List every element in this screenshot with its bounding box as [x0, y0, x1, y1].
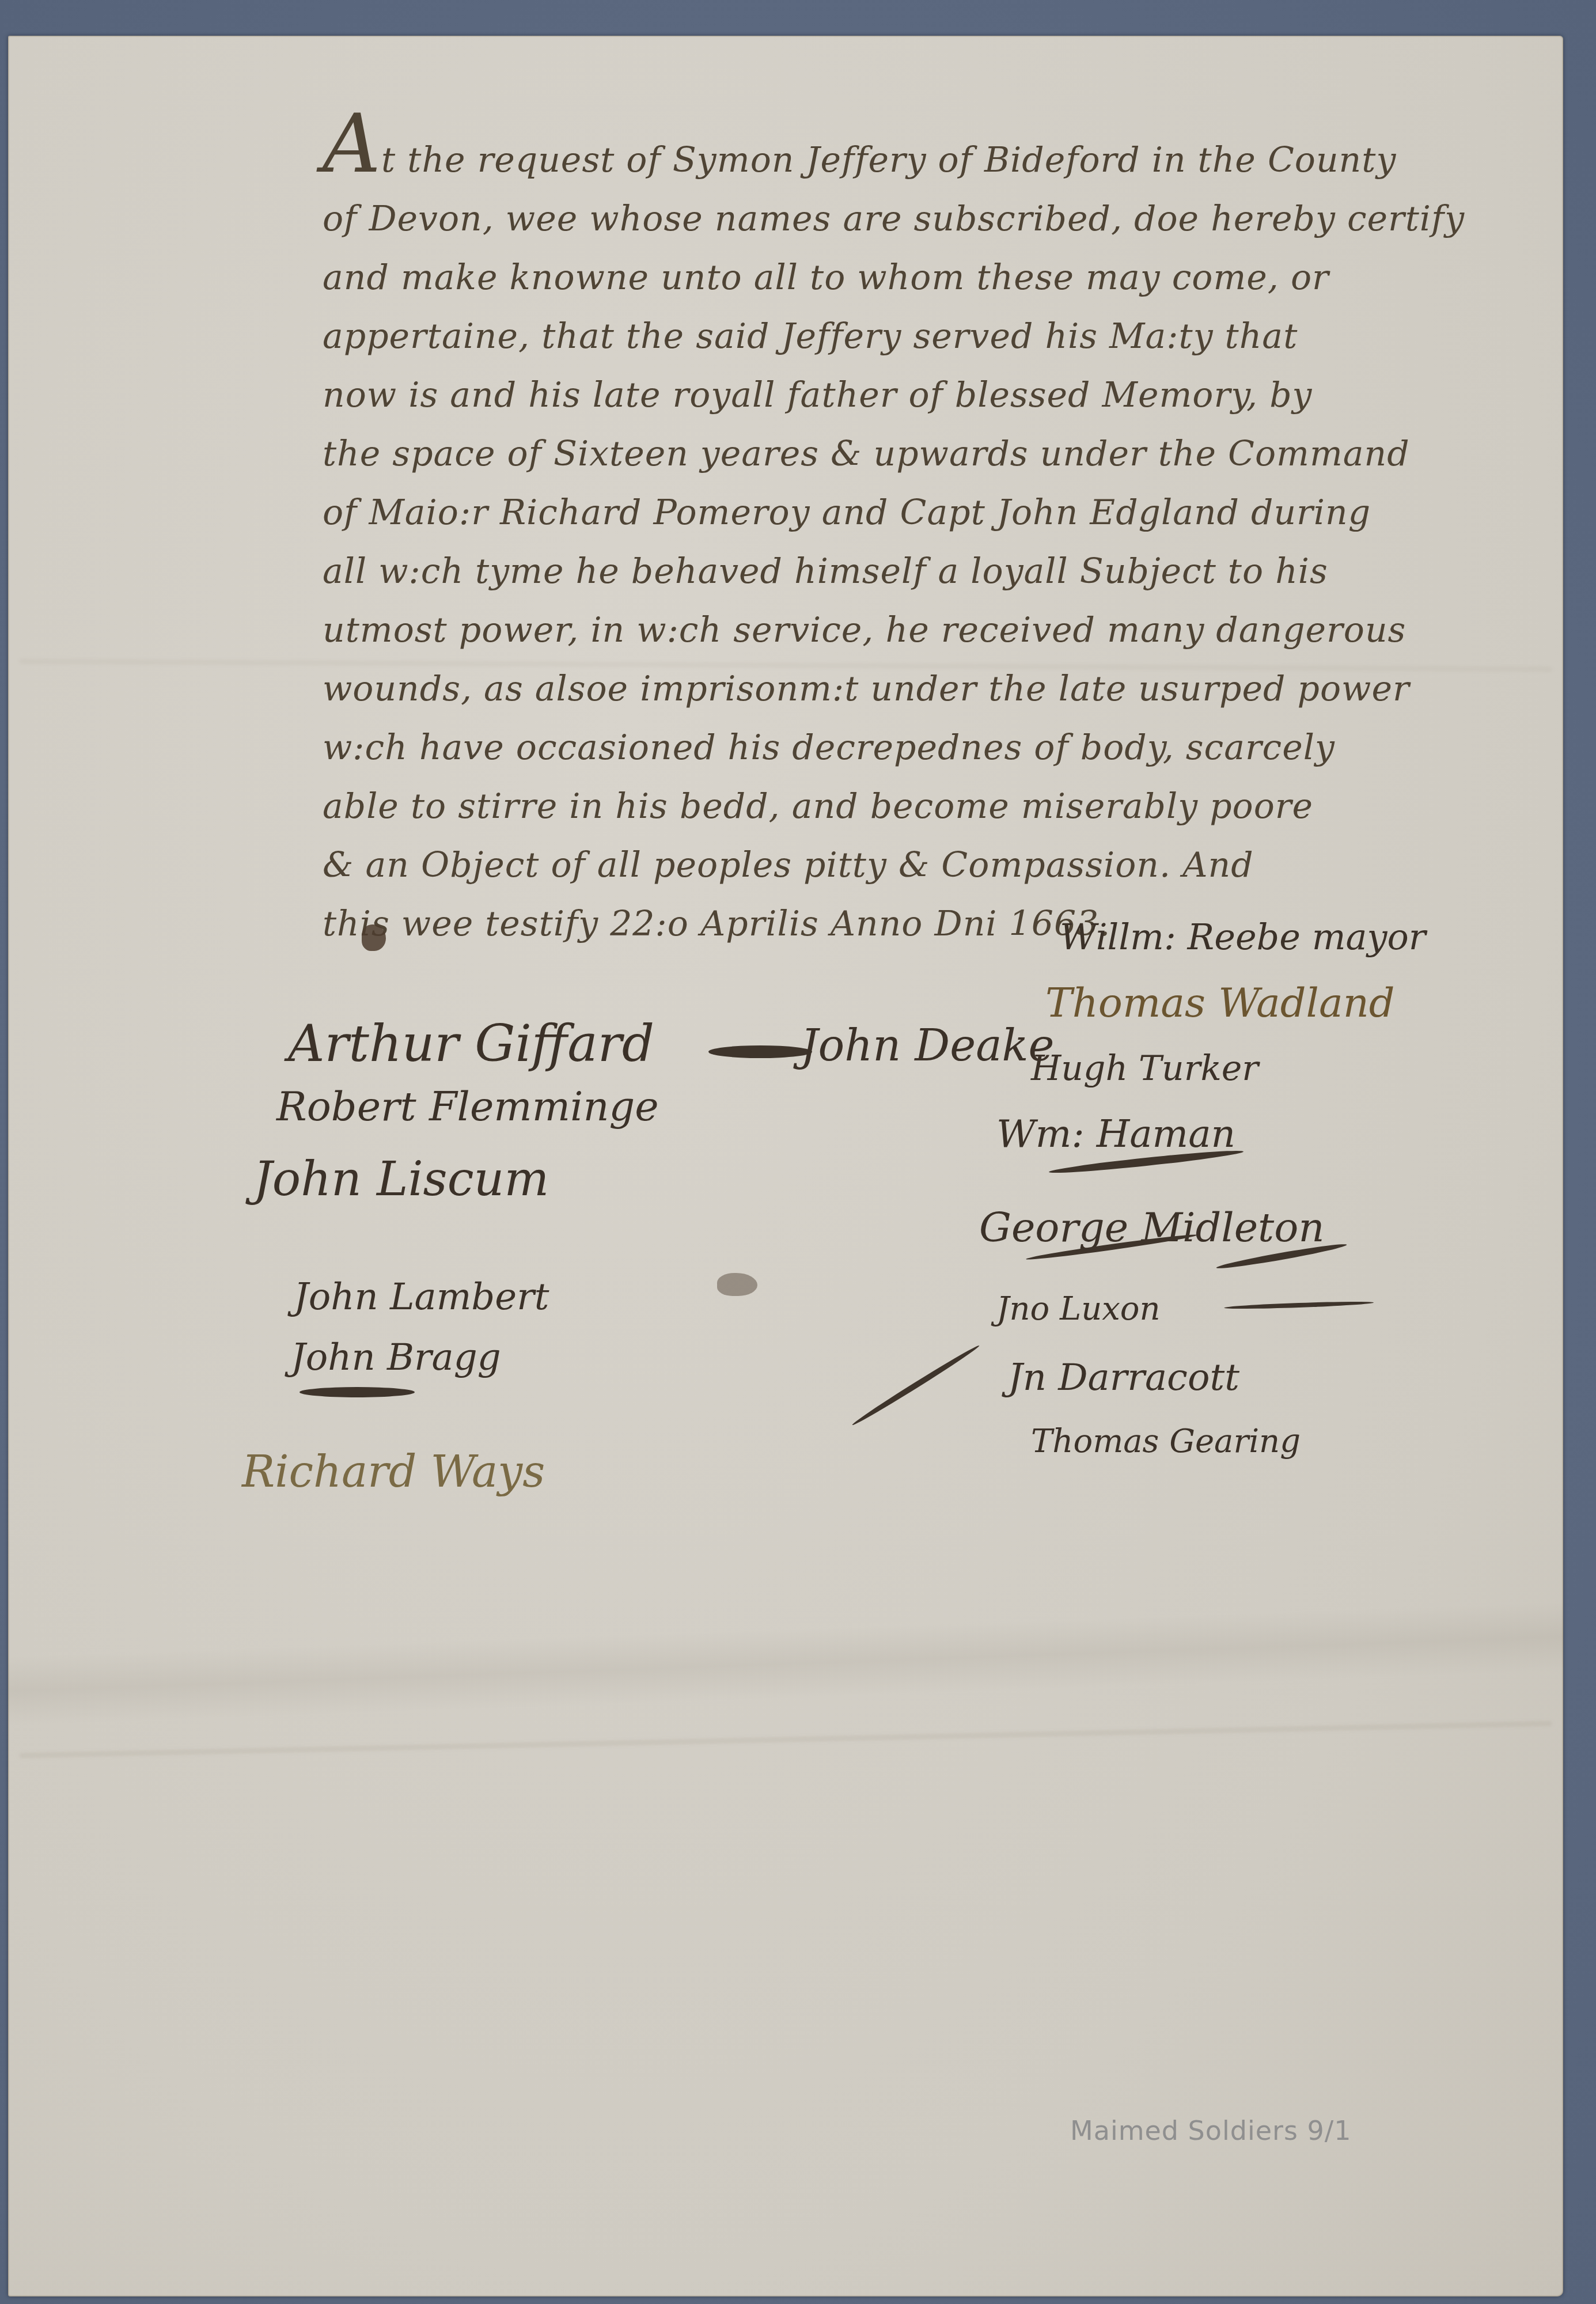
signature-george-midleton: George Midleton — [979, 1204, 1324, 1251]
body-line: now is and his late royall father of ble… — [323, 366, 1561, 425]
body-line: wounds, as alsoe imprisonm:t under the l… — [323, 660, 1561, 718]
body-line: & an Object of all peoples pitty & Compa… — [323, 836, 1561, 895]
signature-john-lambert: John Lambert — [294, 1276, 549, 1318]
signature-robert-flemminge: Robert Flemminge — [276, 1083, 659, 1130]
signature-thomas-gearing: Thomas Gearing — [1031, 1423, 1301, 1460]
pencil-annotation: Maimed Soldiers 9/1 — [1070, 2115, 1352, 2146]
ink-smudge — [717, 1273, 757, 1296]
body-line: utmost power, in w:ch service, he receiv… — [323, 601, 1561, 660]
signature-willm-reebe-mayor: Willm: Reebe mayor — [1060, 916, 1426, 958]
signature-john-deake: John Deake — [801, 1020, 1055, 1071]
signature-john-bragg: John Bragg — [291, 1336, 501, 1379]
body-line: and make knowne unto all to whom these m… — [323, 248, 1561, 307]
body-line: the space of Sixteen yeares & upwards un… — [323, 425, 1561, 483]
certificate-body: At the request of Symon Jeffery of Bidef… — [323, 115, 1561, 953]
signature-richard-ways: Richard Ways — [242, 1446, 545, 1497]
signature-thomas-wadland: Thomas Wadland — [1045, 979, 1395, 1026]
signature-hugh-turker: Hugh Turker — [1031, 1048, 1258, 1089]
signature-wm-haman: Wm: Haman — [996, 1112, 1235, 1156]
signature-jn-darracott: Jn Darracott — [1008, 1356, 1239, 1399]
signature-flourish — [708, 1045, 812, 1058]
signature-flourish — [300, 1387, 415, 1397]
ink-blot — [362, 924, 386, 951]
signature-john-liscum: John Liscum — [253, 1152, 549, 1207]
body-line: appertaine, that the said Jeffery served… — [323, 307, 1561, 366]
body-line: all w:ch tyme he behaved himself a loyal… — [323, 542, 1561, 601]
body-line: At the request of Symon Jeffery of Bidef… — [323, 115, 1561, 190]
fold-crease — [20, 1722, 1552, 1757]
signature-arthur-giffard: Arthur Giffard — [288, 1014, 654, 1073]
body-line: w:ch have occasioned his decrepednes of … — [323, 718, 1561, 777]
body-line: of Maio:r Richard Pomeroy and Capt John … — [323, 483, 1561, 542]
signature-jno-luxon: Jno Luxon — [996, 1290, 1161, 1328]
body-line: able to stirre in his bedd, and become m… — [323, 777, 1561, 836]
body-line: of Devon, wee whose names are subscribed… — [323, 190, 1561, 248]
